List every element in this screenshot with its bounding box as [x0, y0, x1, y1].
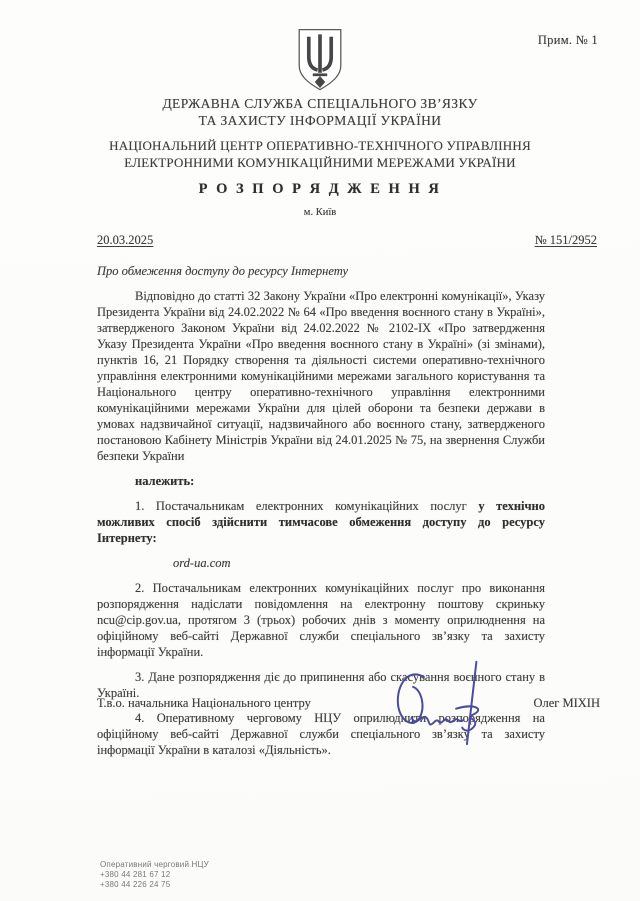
signature-row: Т.в.о. начальника Національного центру О… [97, 696, 600, 711]
national-center-line1: НАЦІОНАЛЬНИЙ ЦЕНТР ОПЕРАТИВНО-ТЕХНІЧНОГО… [0, 138, 640, 155]
item-1-text: 1. Постачальникам електронних комунікаці… [135, 499, 478, 513]
issue-city: м. Київ [0, 207, 640, 218]
subject-line: Про обмеження доступу до ресурсу Інтерне… [97, 263, 545, 279]
document-page: Прим. № 1 ДЕРЖАВНА СЛУЖБА СПЕЦІАЛЬНОГО З… [0, 0, 640, 901]
handwritten-signature-icon [388, 660, 492, 754]
document-number: № 151/2952 [535, 232, 597, 248]
footer-phone-2: +380 44 226 24 75 [100, 880, 209, 890]
preamble-paragraph: Відповідно до статті 32 Закону України «… [97, 288, 545, 464]
national-center-line2: ЕЛЕКТРОННИМИ КОМУНІКАЦІЙНИМИ МЕРЕЖАМИ УК… [0, 155, 640, 172]
blocked-resource: ord-ua.com [97, 555, 545, 571]
agency-name: ДЕРЖАВНА СЛУЖБА СПЕЦІАЛЬНОГО ЗВ’ЯЗКУ ТА … [0, 96, 640, 130]
item-2-paragraph: 2. Постачальникам електронних комунікаці… [97, 580, 545, 660]
resolution-word: належить: [97, 473, 545, 489]
agency-name-line1: ДЕРЖАВНА СЛУЖБА СПЕЦІАЛЬНОГО ЗВ’ЯЗКУ [0, 96, 640, 113]
item-1-paragraph: 1. Постачальникам електронних комунікаці… [97, 498, 545, 546]
copy-number-label: Прим. № 1 [538, 33, 598, 48]
date-number-row: 20.03.2025 № 151/2952 [97, 232, 597, 248]
signer-position-title: Т.в.о. начальника Національного центру [97, 696, 311, 711]
document-type-title: Р О З П О Р Я Д Ж Е Н Н Я [0, 181, 640, 198]
footer-phone-1: +380 44 281 67 12 [100, 870, 209, 880]
national-center-name: НАЦІОНАЛЬНИЙ ЦЕНТР ОПЕРАТИВНО-ТЕХНІЧНОГО… [0, 138, 640, 172]
footer-contact-title: Оперативний черговий НЦУ [100, 860, 209, 870]
signer-name: Олег МІХІН [533, 696, 600, 711]
footer-contacts: Оперативний черговий НЦУ +380 44 281 67 … [100, 860, 209, 890]
issue-date: 20.03.2025 [97, 232, 153, 248]
ukraine-trident-emblem-icon [296, 27, 344, 93]
agency-name-line2: ТА ЗАХИСТУ ІНФОРМАЦІЇ УКРАЇНИ [0, 113, 640, 130]
